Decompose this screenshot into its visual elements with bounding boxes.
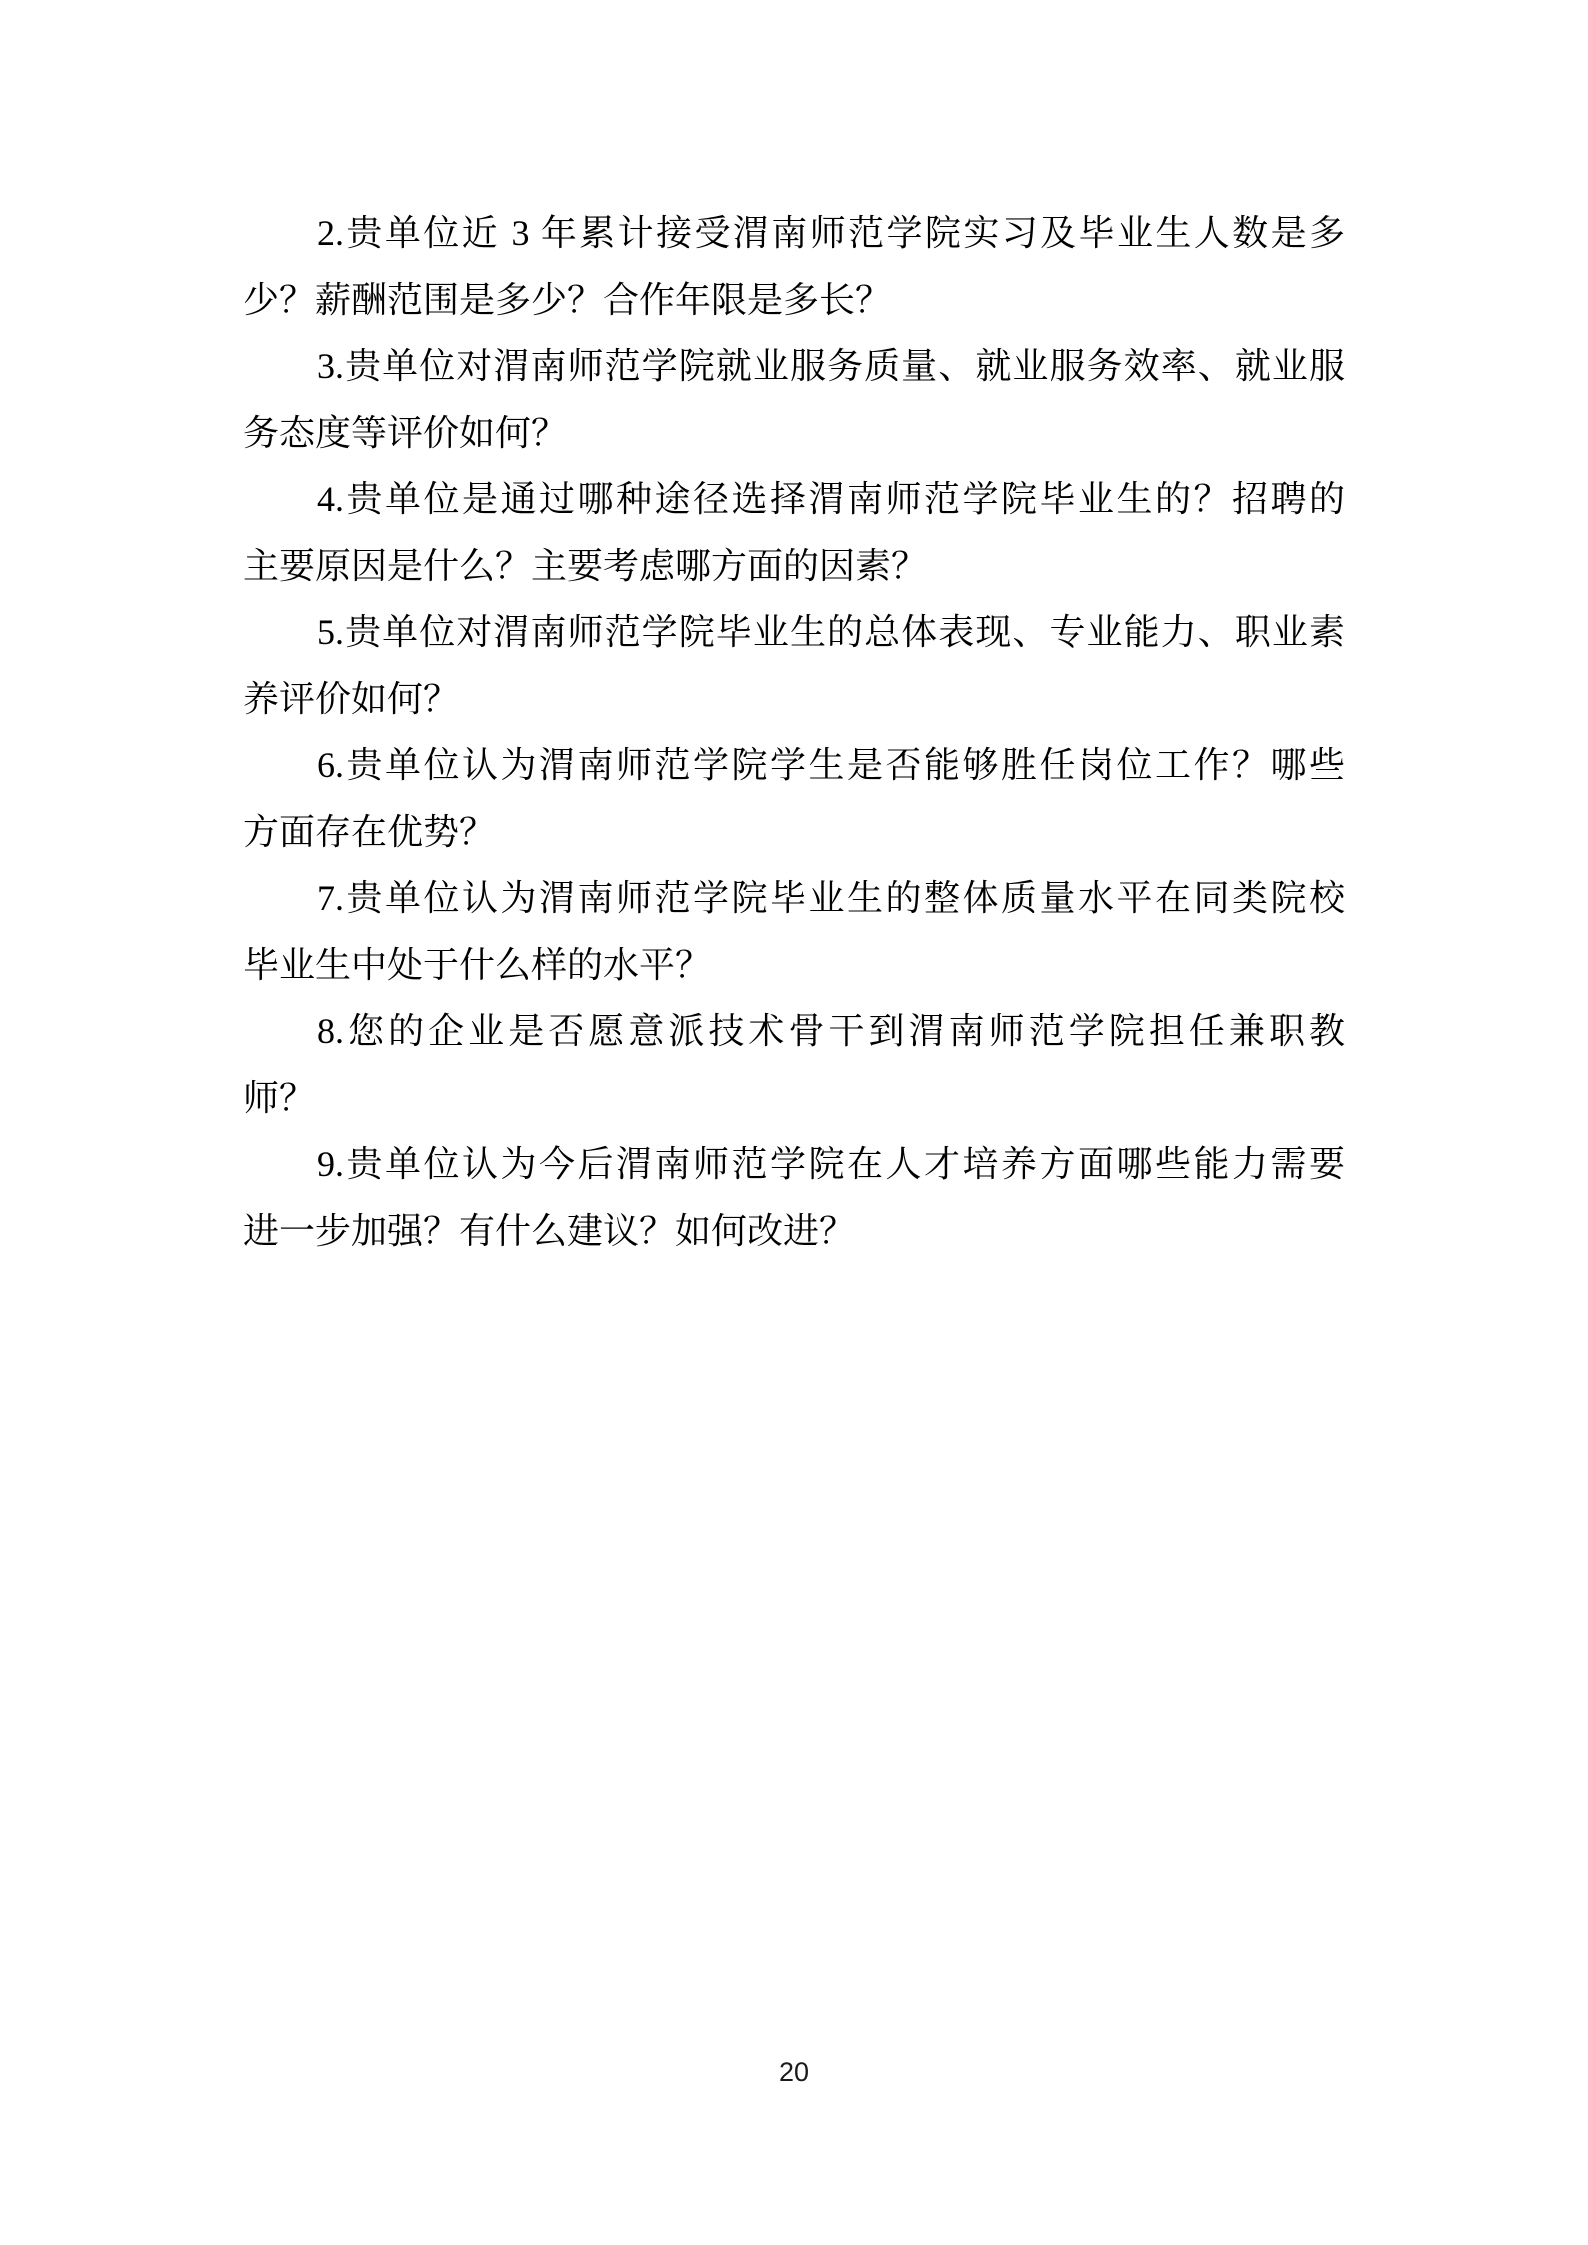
page-footer: 20 — [0, 2056, 1588, 2088]
question-2-line-2: 少？薪酬范围是多少？合作年限是多长？ — [243, 267, 1345, 334]
question-7: 7.贵单位认为渭南师范学院毕业生的整体质量水平在同类院校 毕业生中处于什么样的水… — [243, 865, 1345, 998]
question-6-line-1: 6.贵单位认为渭南师范学院学生是否能够胜任岗位工作？哪些 — [243, 732, 1345, 799]
question-9-line-1: 9.贵单位认为今后渭南师范学院在人才培养方面哪些能力需要 — [243, 1131, 1345, 1198]
question-2: 2.贵单位近 3 年累计接受渭南师范学院实习及毕业生人数是多 少？薪酬范围是多少… — [243, 200, 1345, 333]
question-6: 6.贵单位认为渭南师范学院学生是否能够胜任岗位工作？哪些 方面存在优势？ — [243, 732, 1345, 865]
question-3-line-1: 3.贵单位对渭南师范学院就业服务质量、就业服务效率、就业服 — [243, 333, 1345, 400]
question-4-line-2: 主要原因是什么？主要考虑哪方面的因素？ — [243, 533, 1345, 600]
question-3: 3.贵单位对渭南师范学院就业服务质量、就业服务效率、就业服 务态度等评价如何？ — [243, 333, 1345, 466]
questions-section: 2.贵单位近 3 年累计接受渭南师范学院实习及毕业生人数是多 少？薪酬范围是多少… — [243, 200, 1345, 1264]
question-5-line-2: 养评价如何？ — [243, 666, 1345, 733]
question-3-line-2: 务态度等评价如何？ — [243, 400, 1345, 467]
question-2-line-1: 2.贵单位近 3 年累计接受渭南师范学院实习及毕业生人数是多 — [243, 200, 1345, 267]
question-5: 5.贵单位对渭南师范学院毕业生的总体表现、专业能力、职业素 养评价如何？ — [243, 599, 1345, 732]
question-7-line-1: 7.贵单位认为渭南师范学院毕业生的整体质量水平在同类院校 — [243, 865, 1345, 932]
question-4: 4.贵单位是通过哪种途径选择渭南师范学院毕业生的？招聘的 主要原因是什么？主要考… — [243, 466, 1345, 599]
question-8: 8.您的企业是否愿意派技术骨干到渭南师范学院担任兼职教 师？ — [243, 998, 1345, 1131]
question-5-line-1: 5.贵单位对渭南师范学院毕业生的总体表现、专业能力、职业素 — [243, 599, 1345, 666]
question-9-line-2: 进一步加强？有什么建议？如何改进？ — [243, 1198, 1345, 1265]
question-9: 9.贵单位认为今后渭南师范学院在人才培养方面哪些能力需要 进一步加强？有什么建议… — [243, 1131, 1345, 1264]
page-number: 20 — [779, 2057, 809, 2087]
question-6-line-2: 方面存在优势？ — [243, 799, 1345, 866]
question-7-line-2: 毕业生中处于什么样的水平？ — [243, 932, 1345, 999]
document-page: 2.贵单位近 3 年累计接受渭南师范学院实习及毕业生人数是多 少？薪酬范围是多少… — [0, 0, 1588, 2245]
question-4-line-1: 4.贵单位是通过哪种途径选择渭南师范学院毕业生的？招聘的 — [243, 466, 1345, 533]
question-8-line-2: 师？ — [243, 1065, 1345, 1132]
question-8-line-1: 8.您的企业是否愿意派技术骨干到渭南师范学院担任兼职教 — [243, 998, 1345, 1065]
